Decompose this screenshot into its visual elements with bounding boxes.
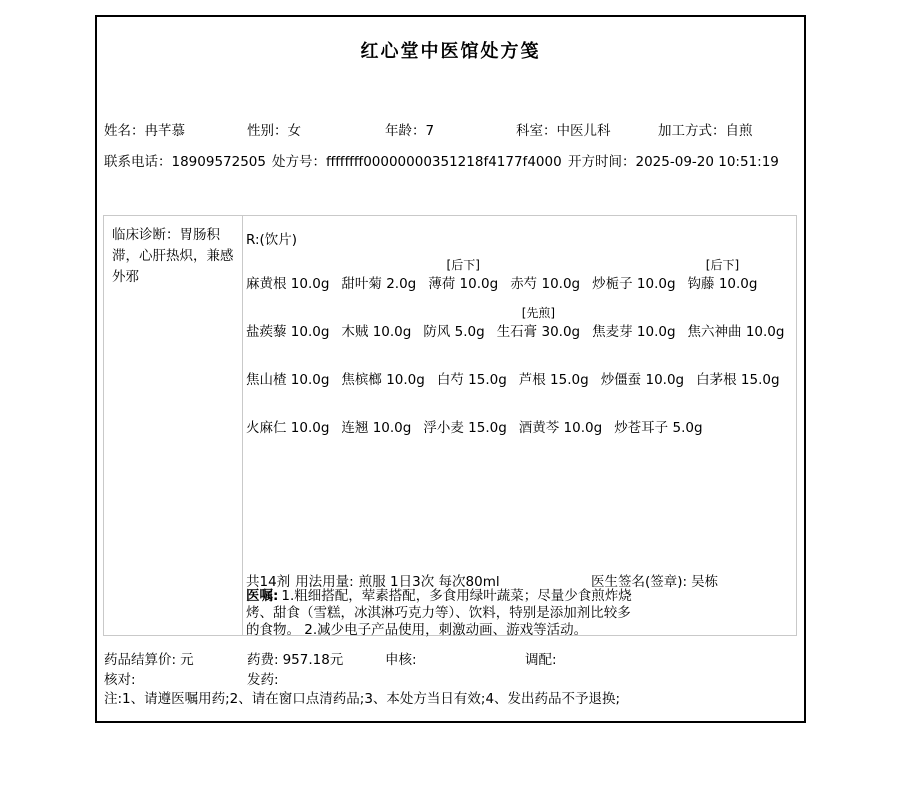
prescription-sheet: 红心堂中医馆处方笺 姓名：冉芊慕 性别：女 年龄：7 科室：中医儿科 加工方式：… — [95, 15, 806, 723]
field-gender: 性别：女 — [247, 119, 301, 139]
dispense-label: 发药: — [247, 672, 279, 688]
herb-annotation: [后下] — [706, 256, 739, 272]
check-label: 核对: — [104, 672, 136, 688]
processing-value: 自煎 — [726, 123, 753, 139]
herb-name-dose: 盐蒺藜 10.0g — [246, 320, 329, 340]
herb-annotation: [先煎] — [522, 304, 555, 320]
settle-price-label: 药品结算价: — [104, 652, 176, 668]
field-phone: 联系电话：18909572505 — [104, 150, 266, 170]
herb-list: 麻黄根 10.0g甜叶菊 2.0g[后下]薄荷 10.0g赤芍 10.0g炒栀子… — [246, 256, 796, 436]
herb-name-dose: 白茅根 15.0g — [696, 368, 779, 388]
herb-entry: 芦根 15.0g — [519, 352, 589, 388]
field-fee: 药费:957.18元 — [247, 648, 343, 668]
settle-price-value: 元 — [180, 652, 194, 668]
herb-entry: [后下]钩藤 10.0g — [688, 256, 758, 292]
prescription-box: 临床诊断：胃肠积滞，心肝热炽，兼感外邪 R:(饮片) 麻黄根 10.0g甜叶菊 … — [103, 215, 797, 636]
herb-name-dose: 酒黄芩 10.0g — [519, 416, 602, 436]
herb-name-dose: 生石膏 30.0g — [497, 320, 580, 340]
herb-name-dose: 钩藤 10.0g — [688, 272, 758, 292]
herb-name-dose: 连翘 10.0g — [341, 416, 411, 436]
field-check: 核对: — [104, 668, 140, 688]
herb-entry: 火麻仁 10.0g — [246, 400, 329, 436]
herb-entry: [后下]薄荷 10.0g — [428, 256, 498, 292]
herb-entry: 炒僵蚕 10.0g — [601, 352, 684, 388]
herb-row: 火麻仁 10.0g连翘 10.0g浮小麦 15.0g酒黄芩 10.0g炒苍耳子 … — [246, 400, 796, 436]
field-age: 年龄：7 — [385, 119, 434, 139]
rx-number-label: 处方号： — [272, 154, 326, 170]
herb-annotation: [后下] — [447, 256, 480, 272]
fee-value: 957.18元 — [283, 652, 344, 668]
issue-time-label: 开方时间： — [568, 154, 636, 170]
herb-entry: 酒黄芩 10.0g — [519, 400, 602, 436]
herb-name-dose: 炒僵蚕 10.0g — [601, 368, 684, 388]
phone-value: 18909572505 — [172, 154, 266, 170]
herb-name-dose: 芦根 15.0g — [519, 368, 589, 388]
footer-note: 注:1、请遵医嘱用药;2、请在窗口点清药品;3、本处方当日有效;4、发出药品不予… — [104, 687, 620, 707]
herb-entry: 焦槟榔 10.0g — [341, 352, 424, 388]
herb-name-dose: 赤芍 10.0g — [510, 272, 580, 292]
prepare-label: 调配: — [525, 652, 557, 668]
field-patient-name: 姓名：冉芊慕 — [104, 119, 185, 139]
herb-entry: 浮小麦 15.0g — [423, 400, 506, 436]
herb-name-dose: 防风 5.0g — [423, 320, 484, 340]
field-processing: 加工方式：自煎 — [658, 119, 753, 139]
patient-name-value: 冉芊慕 — [145, 123, 186, 139]
herb-entry: 炒苍耳子 5.0g — [614, 400, 702, 436]
advice-label: 医嘱: — [246, 588, 278, 604]
herb-entry: 木贼 10.0g — [341, 304, 411, 340]
herb-name-dose: 麻黄根 10.0g — [246, 272, 329, 292]
medical-advice: 医嘱:1.粗细搭配，荤素搭配，多食用绿叶蔬菜；尽量少食煎炸烧烤、甜食（雪糕，冰淇… — [246, 588, 640, 639]
herb-name-dose: 炒苍耳子 5.0g — [614, 416, 702, 436]
herb-entry: 防风 5.0g — [423, 304, 484, 340]
usage-line: 共14剂用法用量:煎服 1日3次 每次80ml — [246, 570, 500, 590]
herb-name-dose: 焦麦芽 10.0g — [592, 320, 675, 340]
herb-name-dose: 炒栀子 10.0g — [592, 272, 675, 292]
fee-label: 药费: — [247, 652, 279, 668]
field-department: 科室：中医儿科 — [516, 119, 611, 139]
field-review: 申核: — [385, 648, 421, 668]
herb-entry: 焦麦芽 10.0g — [592, 304, 675, 340]
doctor-signature: 医生签名(签章):吴栋 — [591, 570, 718, 590]
herb-name-dose: 木贼 10.0g — [341, 320, 411, 340]
field-prepare: 调配: — [525, 648, 561, 668]
department-label: 科室： — [516, 123, 557, 139]
herb-name-dose: 白芍 15.0g — [437, 368, 507, 388]
patient-name-label: 姓名： — [104, 123, 145, 139]
herb-name-dose: 焦山楂 10.0g — [246, 368, 329, 388]
herb-entry: 白芍 15.0g — [437, 352, 507, 388]
field-rx-number: 处方号：ffffffff00000000351218f4177f4000 — [272, 150, 562, 170]
herb-name-dose: 浮小麦 15.0g — [423, 416, 506, 436]
field-dispense: 发药: — [247, 668, 283, 688]
age-value: 7 — [426, 123, 435, 139]
rx-number-value: ffffffff00000000351218f4177f4000 — [326, 154, 562, 170]
herb-entry: 麻黄根 10.0g — [246, 256, 329, 292]
issue-time-value: 2025-09-20 10:51:19 — [636, 154, 779, 170]
herb-row: 麻黄根 10.0g甜叶菊 2.0g[后下]薄荷 10.0g赤芍 10.0g炒栀子… — [246, 256, 796, 292]
herb-entry: 焦六神曲 10.0g — [688, 304, 785, 340]
doctor-signature-value: 吴栋 — [691, 574, 718, 590]
herb-entry: 甜叶菊 2.0g — [341, 256, 416, 292]
field-issue-time: 开方时间：2025-09-20 10:51:19 — [568, 150, 779, 170]
rx-header: R:(饮片) — [246, 228, 796, 248]
herb-entry: [先煎]生石膏 30.0g — [497, 304, 580, 340]
page-title: 红心堂中医馆处方笺 — [97, 37, 804, 63]
advice-text: 1.粗细搭配，荤素搭配，多食用绿叶蔬菜；尽量少食煎炸烧烤、甜食（雪糕，冰淇淋巧克… — [246, 588, 632, 638]
herb-name-dose: 甜叶菊 2.0g — [341, 272, 416, 292]
gender-value: 女 — [288, 123, 302, 139]
herb-name-dose: 焦槟榔 10.0g — [341, 368, 424, 388]
herb-row: 盐蒺藜 10.0g木贼 10.0g防风 5.0g[先煎]生石膏 30.0g焦麦芽… — [246, 304, 796, 340]
herb-entry: 白茅根 15.0g — [696, 352, 779, 388]
clinical-diagnosis: 临床诊断：胃肠积滞，心肝热炽，兼感外邪 — [104, 216, 243, 635]
herb-entry: 炒栀子 10.0g — [592, 256, 675, 292]
review-label: 申核: — [385, 652, 417, 668]
herb-name-dose: 火麻仁 10.0g — [246, 416, 329, 436]
herb-entry: 连翘 10.0g — [341, 400, 411, 436]
herb-name-dose: 焦六神曲 10.0g — [688, 320, 785, 340]
department-value: 中医儿科 — [557, 123, 611, 139]
field-settle-price: 药品结算价:元 — [104, 648, 194, 668]
phone-label: 联系电话： — [104, 154, 172, 170]
herb-entry: 焦山楂 10.0g — [246, 352, 329, 388]
prescription-content: R:(饮片) 麻黄根 10.0g甜叶菊 2.0g[后下]薄荷 10.0g赤芍 1… — [243, 216, 796, 635]
diagnosis-label: 临床诊断： — [112, 227, 180, 243]
herb-entry: 盐蒺藜 10.0g — [246, 304, 329, 340]
herb-row: 焦山楂 10.0g焦槟榔 10.0g白芍 15.0g芦根 15.0g炒僵蚕 10… — [246, 352, 796, 388]
herb-name-dose: 薄荷 10.0g — [428, 272, 498, 292]
herb-entry: 赤芍 10.0g — [510, 256, 580, 292]
age-label: 年龄： — [385, 123, 426, 139]
processing-label: 加工方式： — [658, 123, 726, 139]
gender-label: 性别： — [247, 123, 288, 139]
